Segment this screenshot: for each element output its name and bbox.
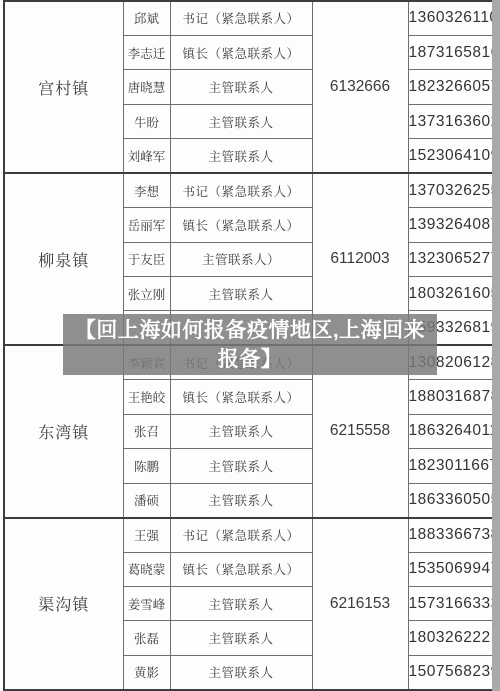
office-number-cell: 6132666	[312, 1, 408, 173]
phone-cell: 18032616050	[408, 277, 494, 311]
role-cell: 镇长（紧急联系人）	[170, 208, 312, 242]
right-margin-strip	[492, 0, 500, 691]
phone-cell: 18230116676	[408, 449, 494, 483]
phone-cell: 18232660577	[408, 70, 494, 104]
role-cell: 主管联系人	[170, 449, 312, 483]
table-row: 渠沟镇 王强 书记（紧急联系人） 6216153 18833667388	[4, 518, 494, 552]
name-cell: 王艳皎	[123, 380, 170, 414]
role-cell: 书记（紧急联系人）	[170, 1, 312, 35]
phone-cell: 18803168788	[408, 380, 494, 414]
role-cell: 镇长（紧急联系人）	[170, 380, 312, 414]
name-cell: 李想	[123, 173, 170, 207]
name-cell: 张召	[123, 414, 170, 448]
table-row: 柳泉镇 李想 书记（紧急联系人） 6112003 13703262555	[4, 173, 494, 207]
page: 宫村镇 邱斌 书记（紧急联系人） 6132666 13603261100 李志迁…	[0, 0, 500, 691]
name-cell: 王强	[123, 518, 170, 552]
name-cell: 陈鹏	[123, 449, 170, 483]
office-number-cell: 6216153	[312, 518, 408, 690]
role-cell: 主管联系人	[170, 621, 312, 655]
name-cell: 刘峰军	[123, 139, 170, 173]
role-cell: 主管联系人	[170, 414, 312, 448]
role-cell: 主管联系人	[170, 277, 312, 311]
role-cell: 书记（紧急联系人）	[170, 518, 312, 552]
name-cell: 张磊	[123, 621, 170, 655]
role-cell: 镇长（紧急联系人）	[170, 552, 312, 586]
role-cell: 主管联系人	[170, 104, 312, 138]
phone-cell: 18633605057	[408, 483, 494, 517]
phone-cell: 13932640876	[408, 208, 494, 242]
role-cell: 镇长（紧急联系人）	[170, 35, 312, 69]
phone-cell: 15731663336	[408, 586, 494, 620]
phone-cell: 18833667388	[408, 518, 494, 552]
phone-cell: 18032622212	[408, 621, 494, 655]
name-cell: 唐晓慧	[123, 70, 170, 104]
role-cell: 主管联系人	[170, 586, 312, 620]
phone-cell: 18731658166	[408, 35, 494, 69]
role-cell: 主管联系人	[170, 655, 312, 690]
role-cell: 主管联系人	[170, 70, 312, 104]
name-cell: 葛晓蒙	[123, 552, 170, 586]
name-cell: 于友臣	[123, 242, 170, 276]
phone-cell: 13731636023	[408, 104, 494, 138]
name-cell: 张立刚	[123, 277, 170, 311]
watermark-overlay: 【回上海如何报备疫情地区,上海回来 报备】	[63, 314, 437, 375]
watermark-text-line1: 【回上海如何报备疫情地区,上海回来	[75, 316, 425, 345]
town-cell: 宫村镇	[4, 1, 123, 173]
role-cell: 主管联系人）	[170, 242, 312, 276]
phone-cell: 13703262555	[408, 173, 494, 207]
town-cell: 渠沟镇	[4, 518, 123, 690]
name-cell: 黄影	[123, 655, 170, 690]
name-cell: 李志迁	[123, 35, 170, 69]
role-cell: 主管联系人	[170, 483, 312, 517]
role-cell: 主管联系人	[170, 139, 312, 173]
phone-cell: 15350699479	[408, 552, 494, 586]
name-cell: 姜雪峰	[123, 586, 170, 620]
phone-cell: 13603261100	[408, 1, 494, 35]
watermark-text-line2: 报备】	[218, 345, 283, 374]
table-row: 宫村镇 邱斌 书记（紧急联系人） 6132666 13603261100	[4, 1, 494, 35]
name-cell: 邱斌	[123, 1, 170, 35]
role-cell: 书记（紧急联系人）	[170, 173, 312, 207]
name-cell: 岳丽军	[123, 208, 170, 242]
phone-cell: 15230641093	[408, 139, 494, 173]
name-cell: 潘硕	[123, 483, 170, 517]
name-cell: 牛盼	[123, 104, 170, 138]
phone-cell: 15075682399	[408, 655, 494, 690]
phone-cell: 13230652777	[408, 242, 494, 276]
phone-cell: 18632640111	[408, 414, 494, 448]
